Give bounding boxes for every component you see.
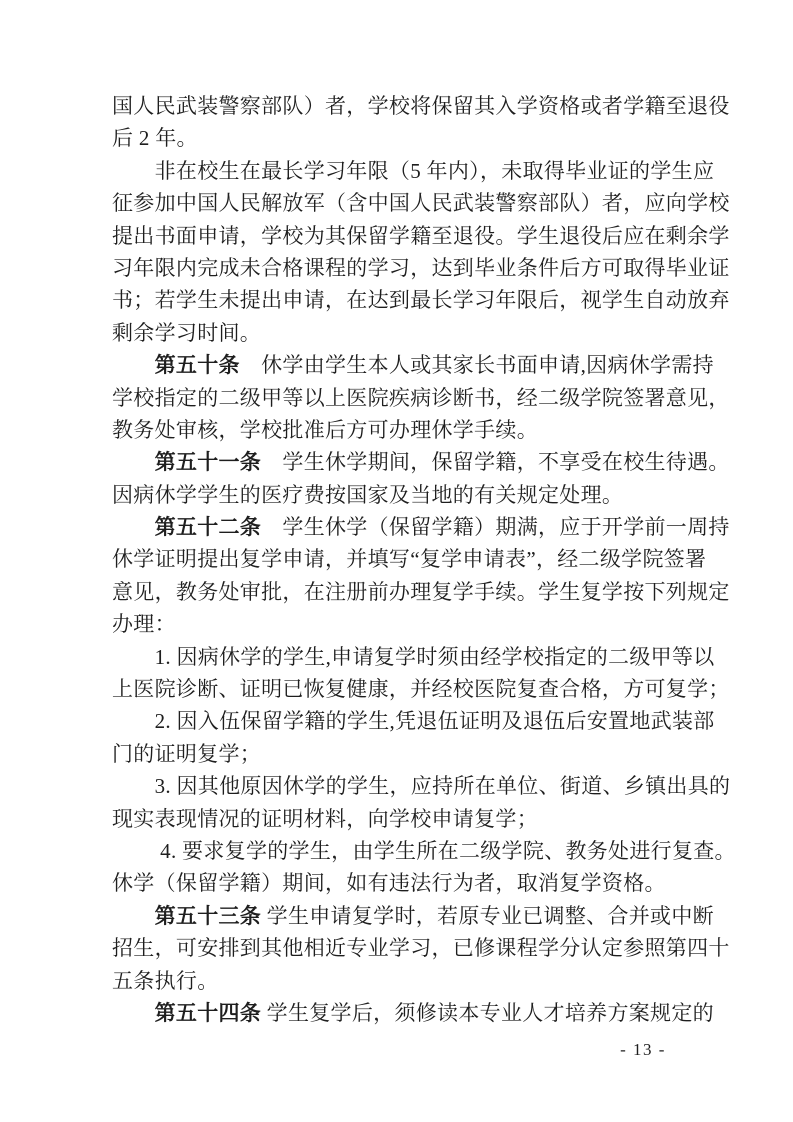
text-segment: 学生休学（保留学籍）期满，应于开学前一周持 xyxy=(261,515,730,539)
text-line: 办理： xyxy=(112,608,677,640)
text-line: 国人民武装警察部队）者，学校将保留其入学资格或者学籍至退役 xyxy=(112,90,677,122)
text-line: 上医院诊断、证明已恢复健康，并经校医院复查合格，方可复学； xyxy=(112,673,677,705)
text-segment: 意见，教务处审批，在注册前办理复学手续。学生复学按下列规定 xyxy=(112,580,730,604)
text-segment xyxy=(112,904,155,928)
text-segment: 上医院诊断、证明已恢复健康，并经校医院复查合格，方可复学； xyxy=(112,677,730,701)
text-segment: 教务处审核，学校批准后方可办理休学手续。 xyxy=(112,418,538,442)
text-segment xyxy=(112,353,155,377)
text-segment: 因病休学学生的医疗费按国家及当地的有关规定处理。 xyxy=(112,483,623,507)
text-line: 第五十三条 学生申请复学时，若原专业已调整、合并或中断 xyxy=(112,900,677,932)
text-segment: 1. 因病休学的学生,申请复学时须由经学校指定的二级甲等以 xyxy=(112,645,715,669)
text-segment: 学生复学后，须修读本专业人才培养方案规定的 xyxy=(261,1001,714,1025)
text-line: 非在校生在最长学习年限（5 年内），未取得毕业证的学生应 xyxy=(112,155,677,187)
text-line: 第五十二条 学生休学（保留学籍）期满，应于开学前一周持 xyxy=(112,511,677,543)
text-segment: 招生，可安排到其他相近专业学习，已修课程学分认定参照第四十 xyxy=(112,936,730,960)
text-line: 第五十一条 学生休学期间，保留学籍，不享受在校生待遇。 xyxy=(112,446,677,478)
text-line: 第五十四条 学生复学后，须修读本专业人才培养方案规定的 xyxy=(112,997,677,1029)
text-line: 习年限内完成未合格课程的学习，达到毕业条件后方可取得毕业证 xyxy=(112,252,677,284)
article-heading: 第五十一条 xyxy=(155,450,262,474)
text-segment: 习年限内完成未合格课程的学习，达到毕业条件后方可取得毕业证 xyxy=(112,256,730,280)
article-heading: 第五十条 xyxy=(155,353,240,377)
article-heading: 第五十四条 xyxy=(155,1001,262,1025)
text-segment: 2. 因入伍保留学籍的学生,凭退伍证明及退伍后安置地武装部 xyxy=(112,709,715,733)
text-line: 2. 因入伍保留学籍的学生,凭退伍证明及退伍后安置地武装部 xyxy=(112,705,677,737)
text-segment: 征参加中国人民解放军（含中国人民武装警察部队）者，应向学校 xyxy=(112,191,730,215)
text-segment: 剩余学习时间。 xyxy=(112,321,261,345)
text-line: 招生，可安排到其他相近专业学习，已修课程学分认定参照第四十 xyxy=(112,932,677,964)
text-line: 剩余学习时间。 xyxy=(112,317,677,349)
text-line: 现实表现情况的证明材料，向学校申请复学； xyxy=(112,803,677,835)
text-line: 第五十条 休学由学生本人或其家长书面申请,因病休学需持 xyxy=(112,349,677,381)
text-segment: 现实表现情况的证明材料，向学校申请复学； xyxy=(112,807,538,831)
text-segment: 后 2 年。 xyxy=(112,126,198,150)
text-line: 学校指定的二级甲等以上医院疾病诊断书，经二级学院签署意见， xyxy=(112,382,677,414)
text-line: 意见，教务处审批，在注册前办理复学手续。学生复学按下列规定 xyxy=(112,576,677,608)
article-heading: 第五十三条 xyxy=(155,904,262,928)
text-line: 3. 因其他原因休学的学生，应持所在单位、街道、乡镇出具的 xyxy=(112,770,677,802)
text-segment: 3. 因其他原因休学的学生，应持所在单位、街道、乡镇出具的 xyxy=(112,774,730,798)
article-heading: 第五十二条 xyxy=(155,515,262,539)
text-segment: 休学（保留学籍）期间，如有违法行为者，取消复学资格。 xyxy=(112,871,666,895)
text-segment: 4. 要求复学的学生，由学生所在二级学院、教务处进行复查。 xyxy=(112,839,736,863)
text-segment xyxy=(112,450,155,474)
text-line: 4. 要求复学的学生，由学生所在二级学院、教务处进行复查。 xyxy=(112,835,677,867)
text-segment: 五条执行。 xyxy=(112,969,219,993)
document-page: 国人民武装警察部队）者，学校将保留其入学资格或者学籍至退役后 2 年。 非在校生… xyxy=(0,0,793,1122)
text-segment: 休学证明提出复学申请，并填写“复学申请表”，经二级学院签署 xyxy=(112,547,706,571)
page-number: - 13 - xyxy=(608,1040,678,1060)
text-line: 书；若学生未提出申请，在达到最长学习年限后，视学生自动放弃 xyxy=(112,284,677,316)
text-segment: 门的证明复学； xyxy=(112,742,261,766)
text-line: 门的证明复学； xyxy=(112,738,677,770)
text-line: 因病休学学生的医疗费按国家及当地的有关规定处理。 xyxy=(112,479,677,511)
text-block: 国人民武装警察部队）者，学校将保留其入学资格或者学籍至退役后 2 年。 非在校生… xyxy=(112,90,677,1029)
text-segment xyxy=(112,515,155,539)
text-line: 休学（保留学籍）期间，如有违法行为者，取消复学资格。 xyxy=(112,867,677,899)
text-line: 五条执行。 xyxy=(112,965,677,997)
text-segment xyxy=(112,1001,155,1025)
text-segment: 学校指定的二级甲等以上医院疾病诊断书，经二级学院签署意见， xyxy=(112,386,730,410)
text-segment: 非在校生在最长学习年限（5 年内），未取得毕业证的学生应 xyxy=(112,159,714,183)
text-line: 休学证明提出复学申请，并填写“复学申请表”，经二级学院签署 xyxy=(112,543,677,575)
text-segment: 学生申请复学时，若原专业已调整、合并或中断 xyxy=(261,904,714,928)
text-line: 后 2 年。 xyxy=(112,122,677,154)
text-line: 征参加中国人民解放军（含中国人民武装警察部队）者，应向学校 xyxy=(112,187,677,219)
text-segment: 办理： xyxy=(112,612,176,636)
text-line: 提出书面申请，学校为其保留学籍至退役。学生退役后应在剩余学 xyxy=(112,220,677,252)
text-line: 教务处审核，学校批准后方可办理休学手续。 xyxy=(112,414,677,446)
text-segment: 休学由学生本人或其家长书面申请,因病休学需持 xyxy=(240,353,714,377)
text-segment: 提出书面申请，学校为其保留学籍至退役。学生退役后应在剩余学 xyxy=(112,224,730,248)
text-segment: 国人民武装警察部队）者，学校将保留其入学资格或者学籍至退役 xyxy=(112,94,730,118)
text-segment: 书；若学生未提出申请，在达到最长学习年限后，视学生自动放弃 xyxy=(112,288,730,312)
text-segment: 学生休学期间，保留学籍，不享受在校生待遇。 xyxy=(261,450,730,474)
text-line: 1. 因病休学的学生,申请复学时须由经学校指定的二级甲等以 xyxy=(112,641,677,673)
